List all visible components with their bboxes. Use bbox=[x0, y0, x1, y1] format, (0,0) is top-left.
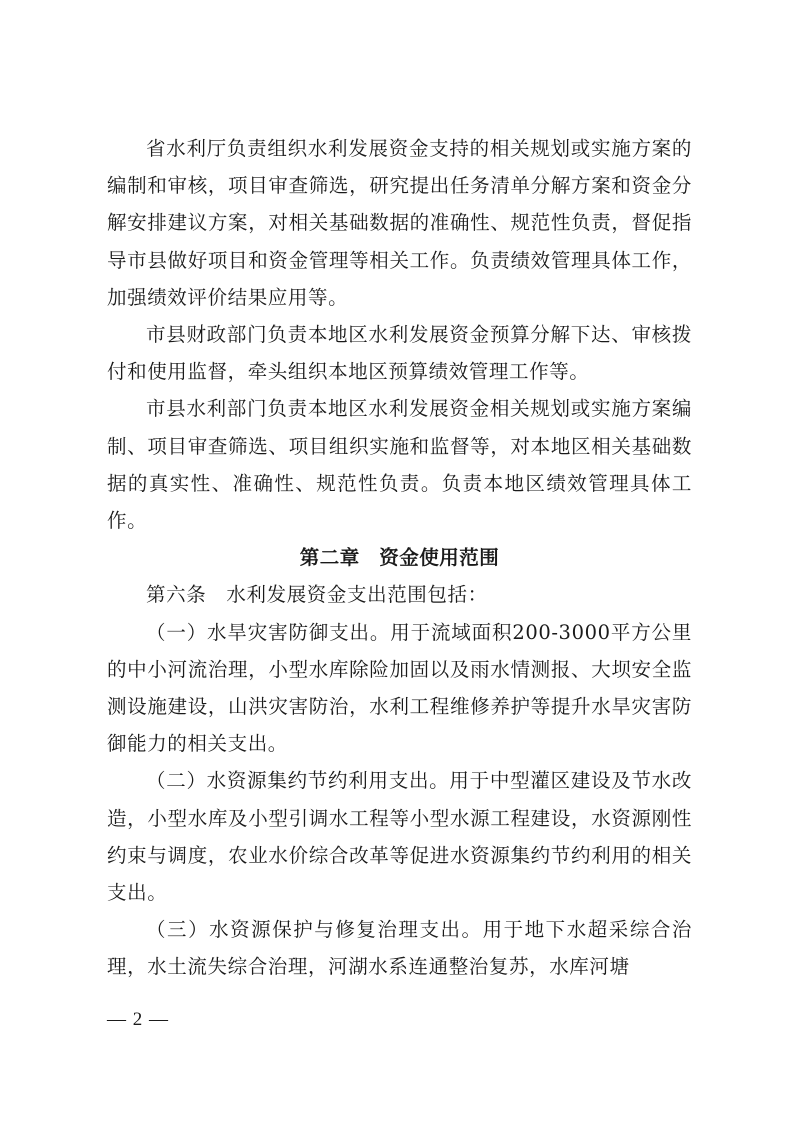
clause-water-protection-restoration: （三）水资源保护与修复治理支出。用于地下水超采综合治理，水土流失综合治理，河湖水… bbox=[107, 911, 692, 985]
paragraph-county-water-dept: 市县水利部门负责本地区水利发展资金相关规划或实施方案编制、项目审查筛选、项目组织… bbox=[107, 390, 692, 539]
chapter-number: 第二章 bbox=[300, 546, 360, 569]
clause-water-conservation: （二）水资源集约节约利用支出。用于中型灌区建设及节水改造，小型水库及小型引调水工… bbox=[107, 762, 692, 911]
paragraph-county-finance-dept: 市县财政部门负责本地区水利发展资金预算分解下达、审核拨付和使用监督，牵头组织本地… bbox=[107, 316, 692, 390]
article-six: 第六条 水利发展资金支出范围包括： bbox=[107, 576, 692, 613]
chapter-title: 资金使用范围 bbox=[379, 546, 499, 569]
page-number: — 2 — bbox=[107, 1009, 169, 1031]
document-page: 省水利厅负责组织水利发展资金支持的相关规划或实施方案的编制和审核，项目审查筛选，… bbox=[107, 130, 692, 986]
chapter-heading: 第二章资金使用范围 bbox=[107, 539, 692, 576]
clause-flood-drought-defense: （一）水旱灾害防御支出。用于流域面积200-3000平方公里的中小河流治理，小型… bbox=[107, 614, 692, 763]
paragraph-provincial-water-dept: 省水利厅负责组织水利发展资金支持的相关规划或实施方案的编制和审核，项目审查筛选，… bbox=[107, 130, 692, 316]
